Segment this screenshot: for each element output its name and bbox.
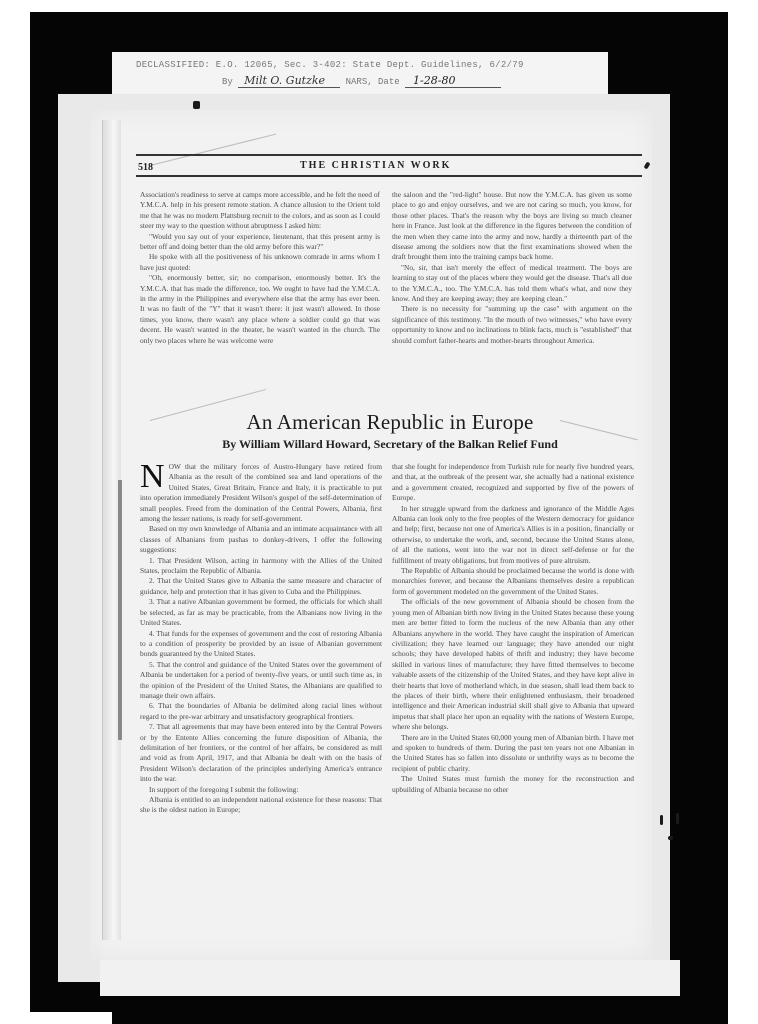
paragraph: 5. That the control and guidance of the … [140, 660, 382, 702]
article-title: An American Republic in Europe [130, 410, 650, 435]
page-number: 518 [138, 162, 153, 173]
paragraph: "No, sir, that isn't merely the effect o… [392, 263, 632, 305]
declassification-authority: DECLASSIFIED: E.O. 12065, Sec. 3-402: St… [136, 60, 524, 70]
page-fold-shadow [118, 480, 122, 740]
paragraph: Based on my own knowledge of Albania and… [140, 524, 382, 555]
drop-cap: N [140, 463, 165, 491]
declassifier-signature: Milt O. Gutzke [238, 74, 340, 88]
agency-label: NARS, Date [346, 77, 400, 87]
paragraph: 4. That funds for the expenses of govern… [140, 629, 382, 660]
paragraph: "Would you say out of your experience, l… [140, 232, 380, 253]
paragraph: Association's readiness to serve at camp… [140, 190, 380, 232]
article-left-column: NOW that the military forces of Austro-H… [140, 462, 382, 816]
paragraph: 1. That President Wilson, acting in harm… [140, 556, 382, 577]
paragraph: 3. That a native Albanian government be … [140, 597, 382, 628]
paragraph: The United States must furnish the money… [392, 774, 634, 795]
ink-mark [660, 815, 663, 825]
by-label: By [222, 77, 233, 87]
paragraph: 6. That the boundaries of Albania be del… [140, 701, 382, 722]
paragraph: that she fought for independence from Tu… [392, 462, 634, 504]
running-head: THE CHRISTIAN WORK [300, 160, 451, 171]
declassification-signature-line: By Milt O. Gutzke NARS, Date 1-28-80 [222, 74, 501, 88]
paragraph: In support of the foregoing I submit the… [140, 785, 382, 795]
backing-sheet-bottom [100, 960, 680, 996]
declassification-date: 1-28-80 [405, 74, 501, 88]
top-left-column: Association's readiness to serve at camp… [140, 190, 380, 346]
paragraph: 2. That the United States give to Albani… [140, 576, 382, 597]
article-byline: By William Willard Howard, Secretary of … [130, 437, 650, 452]
top-right-column: the saloon and the "red-light" house. Bu… [392, 190, 632, 346]
paragraph: NOW that the military forces of Austro-H… [140, 462, 382, 524]
paragraph: The Republic of Albania should be procla… [392, 566, 634, 597]
margin-corner [0, 1012, 112, 1024]
paragraph: "Oh, enormously better, sir; no comparis… [140, 273, 380, 346]
paragraph: the saloon and the "red-light" house. Bu… [392, 190, 632, 263]
paragraph: He spoke with all the positiveness of hi… [140, 252, 380, 273]
ink-mark [668, 836, 673, 840]
paragraph: There is no necessity for "summing up th… [392, 304, 632, 346]
paragraph: 7. That all agreements that may have bee… [140, 722, 382, 784]
header-rule-bottom [136, 175, 642, 177]
paragraph: The officials of the new government of A… [392, 597, 634, 732]
paragraph: There are in the United States 60,000 yo… [392, 733, 634, 775]
article-right-column: that she fought for independence from Tu… [392, 462, 634, 795]
punch-hole-mark [193, 101, 200, 109]
paragraph: In her struggle upward from the darkness… [392, 504, 634, 566]
header-rule-top [136, 154, 642, 156]
paragraph: Albania is entitled to an independent na… [140, 795, 382, 816]
ink-mark [676, 813, 679, 824]
